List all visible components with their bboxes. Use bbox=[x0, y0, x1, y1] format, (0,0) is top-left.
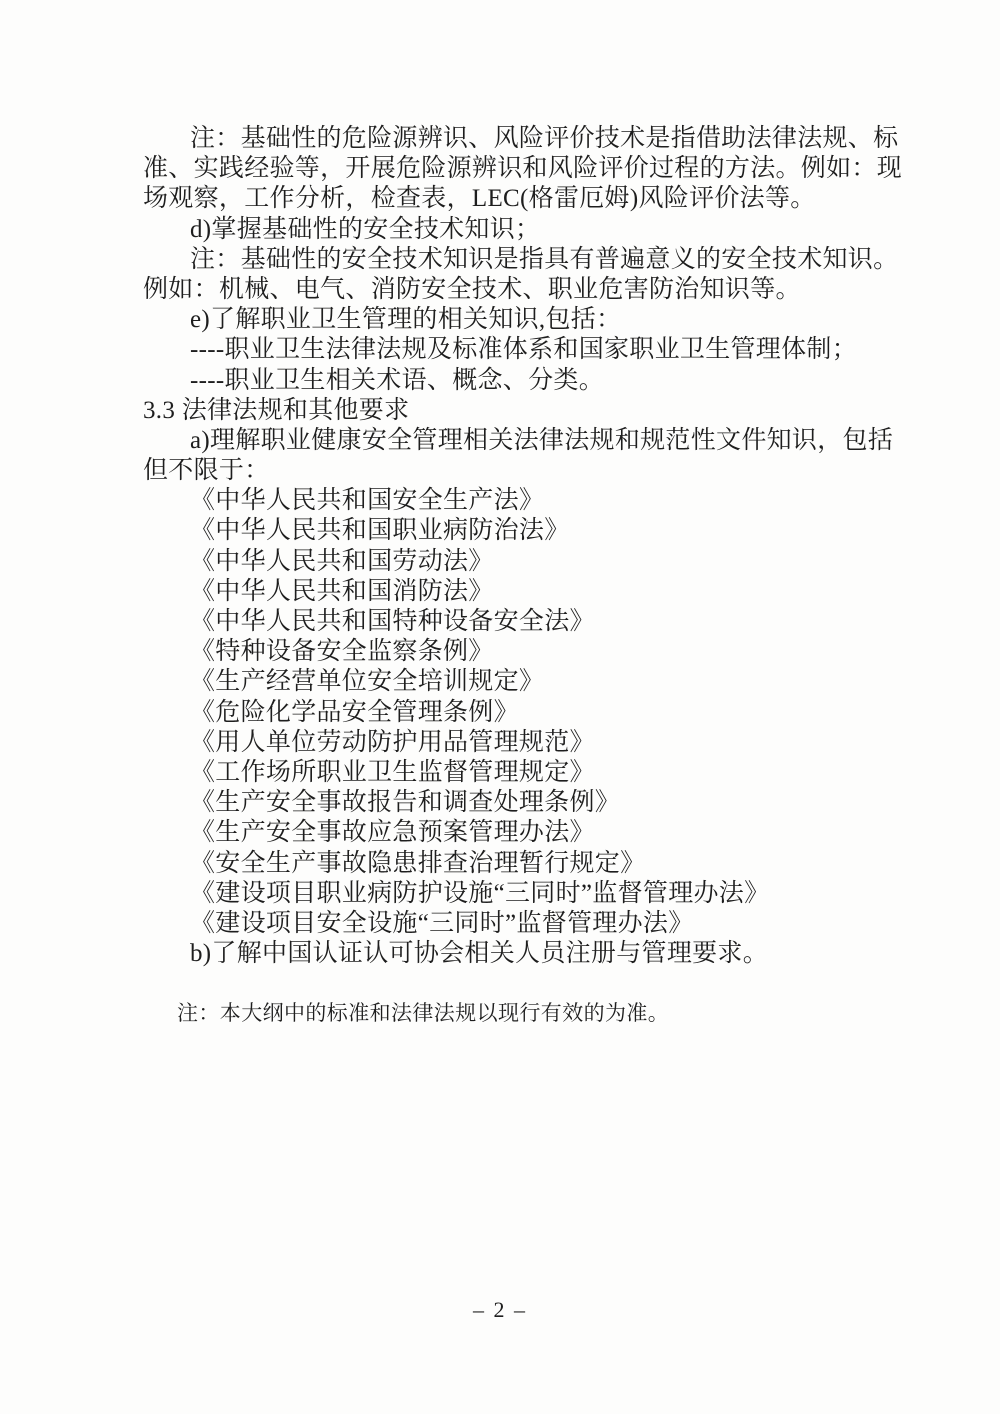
text-line: 《中华人民共和国安全生产法》 bbox=[143, 486, 888, 516]
text-line: 《建设项目职业病防护设施“三同时”监督管理办法》 bbox=[143, 879, 888, 909]
footnote: 注：本大纲中的标准和法律法规以现行有效的为准。 bbox=[177, 1000, 669, 1026]
document-body: 注：基础性的危险源辨识、风险评价技术是指借助法律法规、标准、实践经验等，开展危险… bbox=[143, 124, 888, 969]
text-line: 《生产安全事故报告和调查处理条例》 bbox=[143, 788, 888, 818]
text-line: ----职业卫生法律法规及标准体系和国家职业卫生管理体制； bbox=[143, 335, 888, 365]
text-line: 《生产安全事故应急预案管理办法》 bbox=[143, 818, 888, 848]
text-line: ----职业卫生相关术语、概念、分类。 bbox=[143, 366, 888, 396]
text-line: a)理解职业健康安全管理相关法律法规和规范性文件知识，包括 bbox=[143, 426, 888, 456]
text-line: 《安全生产事故隐患排查治理暂行规定》 bbox=[143, 849, 888, 879]
text-line: 《中华人民共和国消防法》 bbox=[143, 577, 888, 607]
document-page: 注：基础性的危险源辨识、风险评价技术是指借助法律法规、标准、实践经验等，开展危险… bbox=[0, 0, 1000, 1414]
text-line: 注：基础性的危险源辨识、风险评价技术是指借助法律法规、标 bbox=[143, 124, 888, 154]
text-line: 准、实践经验等，开展危险源辨识和风险评价过程的方法。例如：现 bbox=[143, 154, 888, 184]
text-line: 例如：机械、电气、消防安全技术、职业危害防治知识等。 bbox=[143, 275, 888, 305]
text-line: d)掌握基础性的安全技术知识； bbox=[143, 215, 888, 245]
text-line: 《危险化学品安全管理条例》 bbox=[143, 698, 888, 728]
text-line: b)了解中国认证认可协会相关人员注册与管理要求。 bbox=[143, 939, 888, 969]
page-footer: – 2 – bbox=[0, 1297, 1000, 1323]
text-line: 《用人单位劳动防护用品管理规范》 bbox=[143, 728, 888, 758]
text-line: 《建设项目安全设施“三同时”监督管理办法》 bbox=[143, 909, 888, 939]
text-line: 注：基础性的安全技术知识是指具有普遍意义的安全技术知识。 bbox=[143, 245, 888, 275]
page-number: – 2 – bbox=[473, 1297, 527, 1322]
text-line: 《中华人民共和国特种设备安全法》 bbox=[143, 607, 888, 637]
text-line: 《工作场所职业卫生监督管理规定》 bbox=[143, 758, 888, 788]
text-line: 场观察，工作分析，检查表，LEC(格雷厄姆)风险评价法等。 bbox=[143, 184, 888, 214]
text-line: e)了解职业卫生管理的相关知识,包括： bbox=[143, 305, 888, 335]
text-line: 3.3 法律法规和其他要求 bbox=[143, 396, 888, 426]
text-line: 但不限于： bbox=[143, 456, 888, 486]
text-line: 《中华人民共和国职业病防治法》 bbox=[143, 516, 888, 546]
text-line: 《中华人民共和国劳动法》 bbox=[143, 547, 888, 577]
text-line: 《生产经营单位安全培训规定》 bbox=[143, 667, 888, 697]
text-line: 《特种设备安全监察条例》 bbox=[143, 637, 888, 667]
